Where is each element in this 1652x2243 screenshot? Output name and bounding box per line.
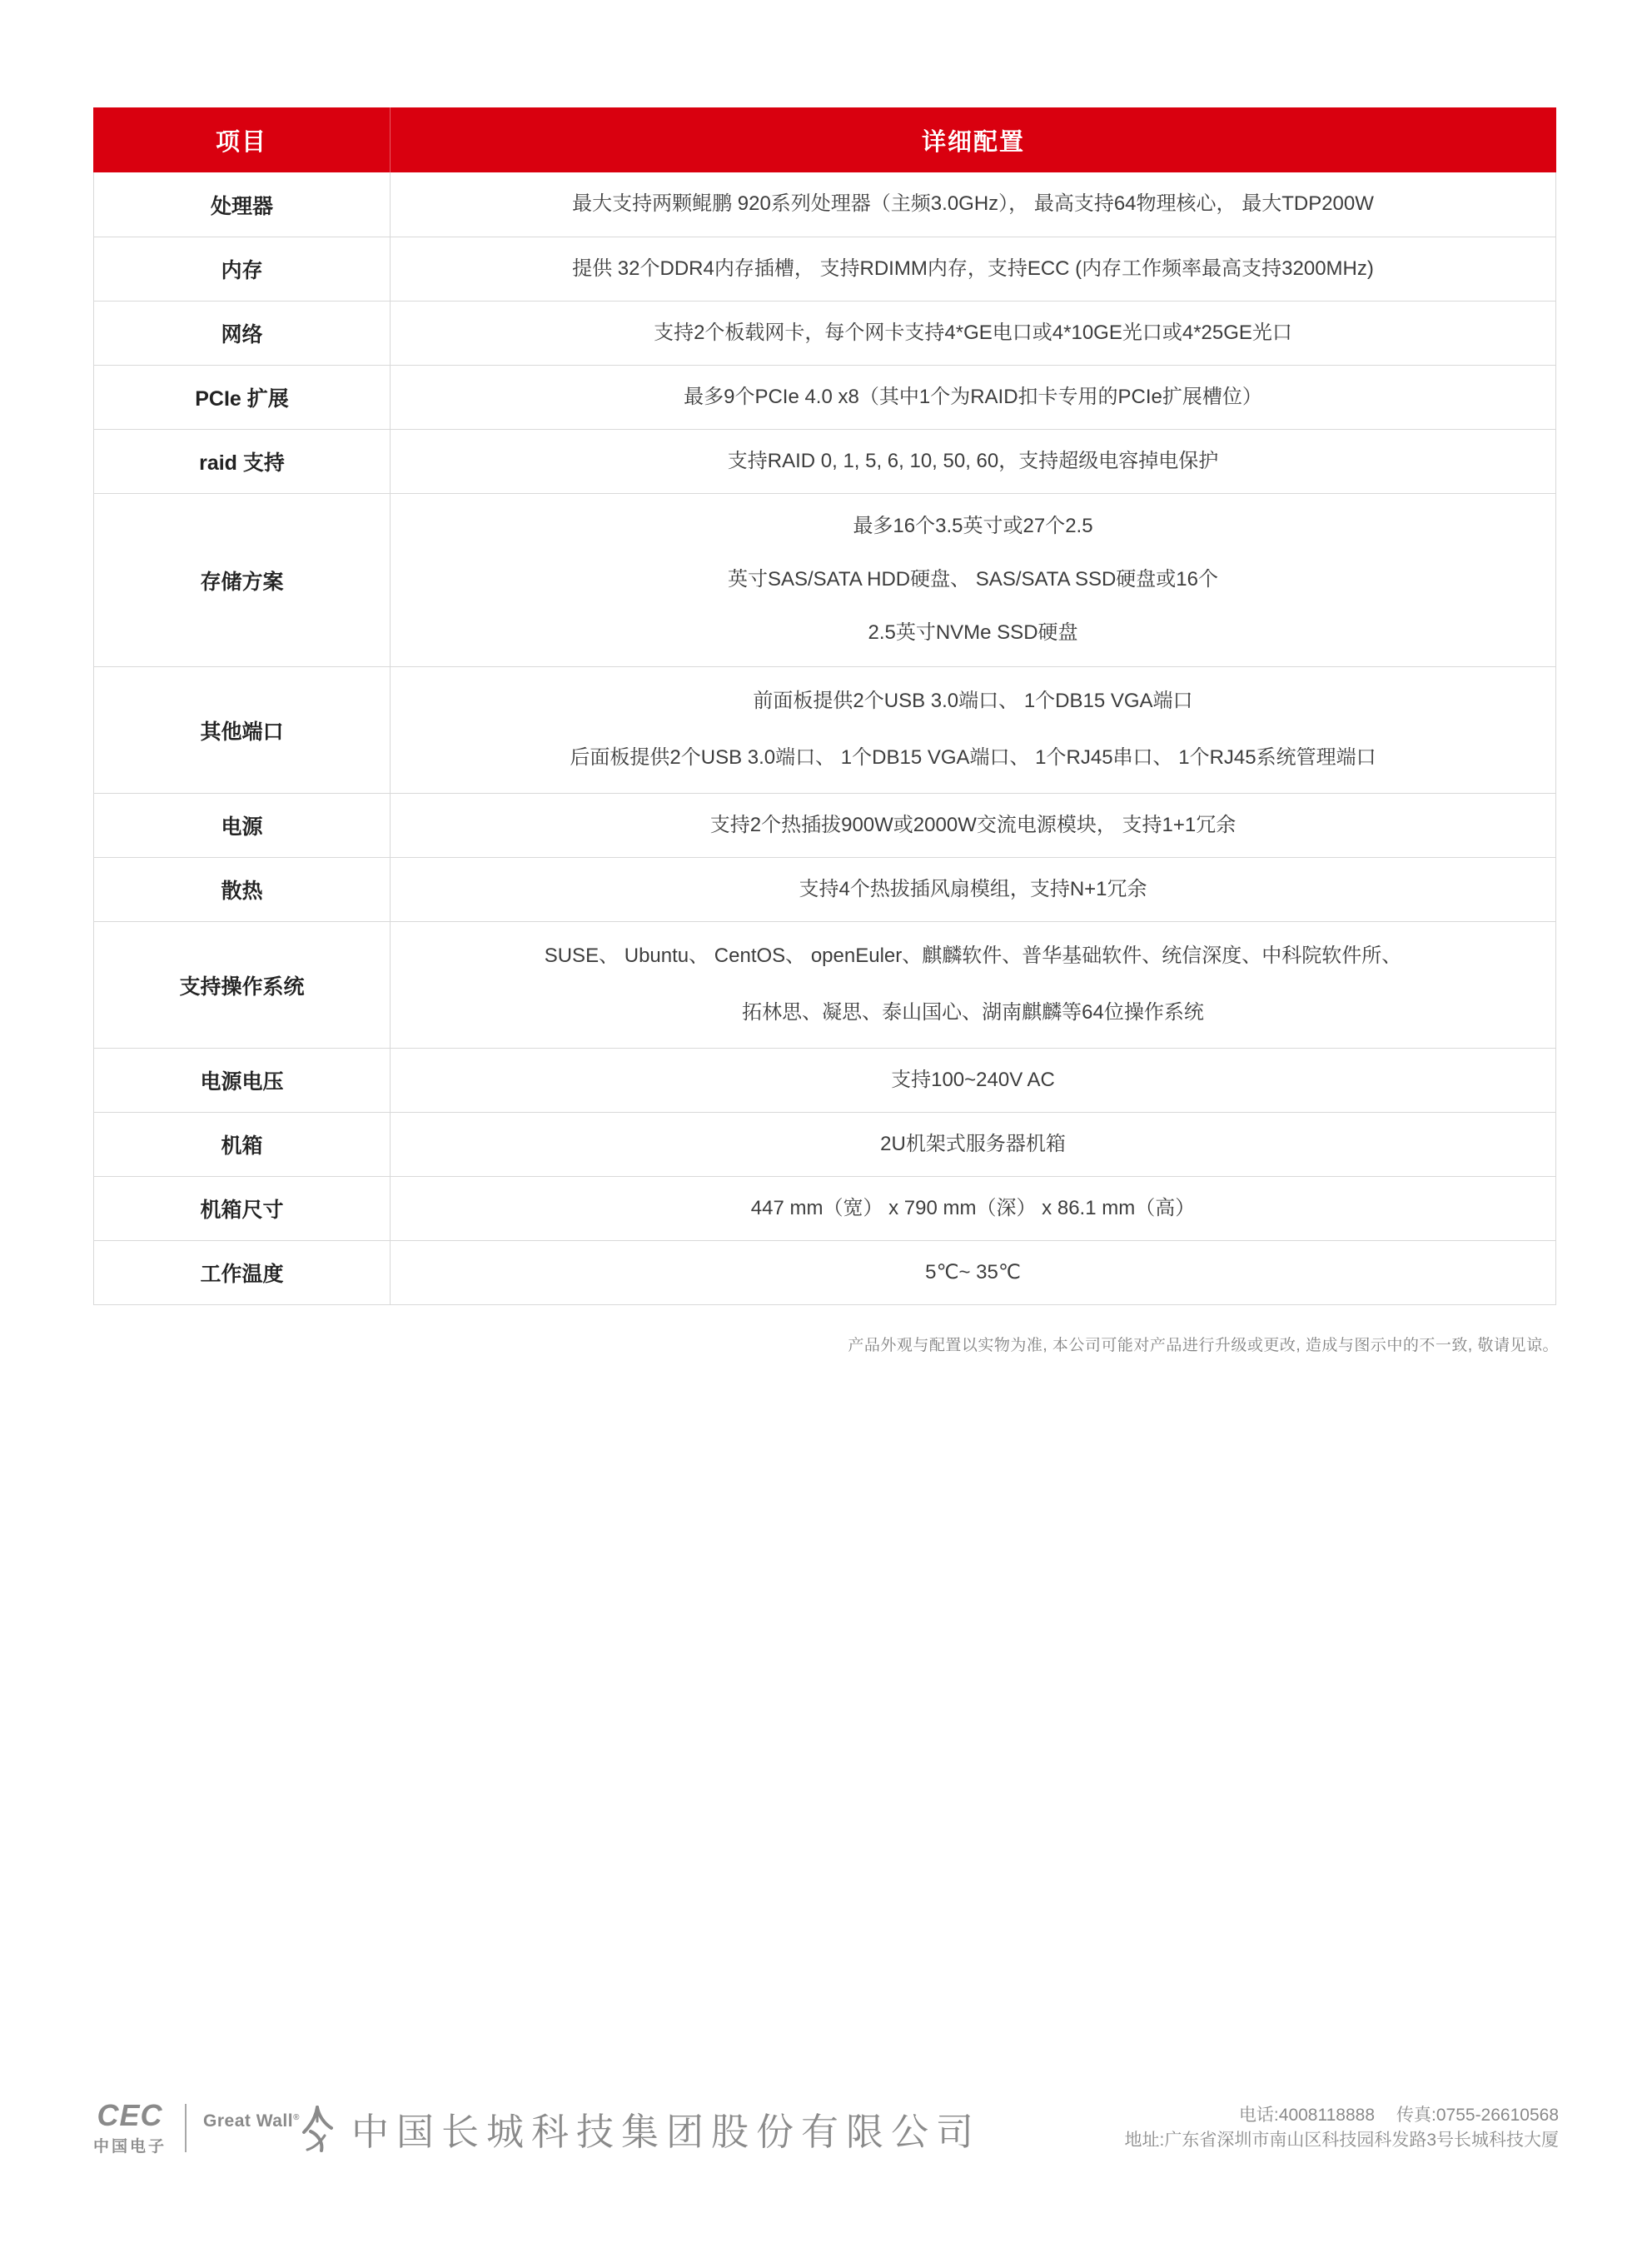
spec-value: 前面板提供2个USB 3.0端口、 1个DB15 VGA端口后面板提供2个USB… <box>391 667 1555 793</box>
spec-table-body: 处理器最大支持两颗鲲鹏 920系列处理器（主频3.0GHz）， 最高支持64物理… <box>94 172 1555 1304</box>
spec-value-line: 2U机架式服务器机箱 <box>880 1130 1066 1159</box>
spec-value-line: 支持2个热插拔900W或2000W交流电源模块， 支持1+1冗余 <box>710 811 1236 840</box>
table-row: 电源支持2个热插拔900W或2000W交流电源模块， 支持1+1冗余 <box>94 793 1555 857</box>
table-row: 内存提供 32个DDR4内存插槽， 支持RDIMM内存，支持ECC (内存工作频… <box>94 237 1555 301</box>
table-row: 散热支持4个热拔插风扇模组，支持N+1冗余 <box>94 857 1555 921</box>
spec-value: 最多16个3.5英寸或27个2.5英寸SAS/SATA HDD硬盘、 SAS/S… <box>391 494 1555 666</box>
table-header-item: 项目 <box>93 107 391 172</box>
table-row: 处理器最大支持两颗鲲鹏 920系列处理器（主频3.0GHz）， 最高支持64物理… <box>94 172 1555 237</box>
spec-label: 电源 <box>94 794 391 857</box>
spec-value-line: 后面板提供2个USB 3.0端口、 1个DB15 VGA端口、 1个RJ45串口… <box>570 744 1376 773</box>
cec-logo-subtext: 中国电子 <box>93 2134 167 2156</box>
table-row: 机箱2U机架式服务器机箱 <box>94 1112 1555 1176</box>
spec-label: 网络 <box>94 302 391 365</box>
table-row: 工作温度5℃~ 35℃ <box>94 1240 1555 1304</box>
spec-label: 其他端口 <box>94 667 391 793</box>
table-row: 机箱尺寸447 mm（宽） x 790 mm（深） x 86.1 mm（高） <box>94 1176 1555 1240</box>
table-row: 存储方案最多16个3.5英寸或27个2.5英寸SAS/SATA HDD硬盘、 S… <box>94 493 1555 666</box>
spec-label: PCIe 扩展 <box>94 366 391 429</box>
table-row: 其他端口前面板提供2个USB 3.0端口、 1个DB15 VGA端口后面板提供2… <box>94 666 1555 793</box>
spec-label: 内存 <box>94 237 391 301</box>
spec-value-line: 支持100~240V AC <box>891 1066 1055 1095</box>
spec-value-line: 前面板提供2个USB 3.0端口、 1个DB15 VGA端口 <box>753 687 1192 716</box>
greatwall-logo: Great Wall® <box>203 2103 333 2153</box>
spec-value: 支持100~240V AC <box>391 1049 1555 1112</box>
table-header-row: 项目 详细配置 <box>93 107 1556 172</box>
spec-value-line: 最多9个PCIe 4.0 x8（其中1个为RAID扣卡专用的PCIe扩展槽位） <box>684 383 1262 412</box>
spec-table: 项目 详细配置 处理器最大支持两颗鲲鹏 920系列处理器（主频3.0GHz）， … <box>93 107 1556 1305</box>
spec-value: 447 mm（宽） x 790 mm（深） x 86.1 mm（高） <box>391 1177 1555 1240</box>
spec-value-line: 最大支持两颗鲲鹏 920系列处理器（主频3.0GHz）， 最高支持64物理核心，… <box>572 190 1374 219</box>
logo-divider <box>185 2104 187 2152</box>
greatwall-emblem-icon <box>301 2105 333 2153</box>
spec-value: 支持4个热拔插风扇模组，支持N+1冗余 <box>391 858 1555 921</box>
spec-value-line: 英寸SAS/SATA HDD硬盘、 SAS/SATA SSD硬盘或16个 <box>728 566 1218 595</box>
spec-label: 电源电压 <box>94 1049 391 1112</box>
spec-value: 5℃~ 35℃ <box>391 1241 1555 1304</box>
table-row: 支持操作系统SUSE、 Ubuntu、 CentOS、 openEuler、麒麟… <box>94 921 1555 1048</box>
spec-value-line: 支持RAID 0, 1, 5, 6, 10, 50, 60，支持超级电容掉电保护 <box>728 447 1219 476</box>
spec-value: 支持2个板载网卡，每个网卡支持4*GE电口或4*10GE光口或4*25GE光口 <box>391 302 1555 365</box>
spec-value-line: 2.5英寸NVMe SSD硬盘 <box>868 619 1077 648</box>
spec-label: 处理器 <box>94 172 391 237</box>
spec-label: 支持操作系统 <box>94 922 391 1048</box>
spec-label: 散热 <box>94 858 391 921</box>
table-row: raid 支持支持RAID 0, 1, 5, 6, 10, 50, 60，支持超… <box>94 429 1555 493</box>
spec-value: 提供 32个DDR4内存插槽， 支持RDIMM内存，支持ECC (内存工作频率最… <box>391 237 1555 301</box>
cec-logo-text: CEC <box>93 2101 167 2131</box>
spec-value-line: 支持2个板载网卡，每个网卡支持4*GE电口或4*10GE光口或4*25GE光口 <box>654 319 1292 348</box>
contact-address: 地址:广东省深圳市南山区科技园科发路3号长城科技大厦 <box>1124 2128 1559 2153</box>
spec-value: 支持2个热插拔900W或2000W交流电源模块， 支持1+1冗余 <box>391 794 1555 857</box>
table-row: PCIe 扩展最多9个PCIe 4.0 x8（其中1个为RAID扣卡专用的PCI… <box>94 365 1555 429</box>
footer-logo-group: CEC 中国电子 Great Wall® 中国长城科技集团股份有限公司 <box>93 2101 981 2156</box>
table-header-config: 详细配置 <box>391 107 1556 172</box>
spec-label: raid 支持 <box>94 430 391 493</box>
company-name: 中国长城科技集团股份有限公司 <box>351 2101 981 2156</box>
spec-value-line: SUSE、 Ubuntu、 CentOS、 openEuler、麒麟软件、普华基… <box>545 942 1402 971</box>
spec-value-line: 提供 32个DDR4内存插槽， 支持RDIMM内存，支持ECC (内存工作频率最… <box>572 255 1374 284</box>
registered-mark: ® <box>293 2113 300 2122</box>
spec-label: 存储方案 <box>94 494 391 666</box>
spec-value: 支持RAID 0, 1, 5, 6, 10, 50, 60，支持超级电容掉电保护 <box>391 430 1555 493</box>
spec-label: 机箱 <box>94 1113 391 1176</box>
disclaimer-note: 产品外观与配置以实物为准, 本公司可能对产品进行升级或更改, 造成与图示中的不一… <box>848 1333 1559 1355</box>
spec-value-line: 447 mm（宽） x 790 mm（深） x 86.1 mm（高） <box>751 1194 1195 1224</box>
spec-value-line: 拓林思、凝思、泰山国心、湖南麒麟等64位操作系统 <box>742 999 1204 1028</box>
footer-contact: 电话:4008118888传真:0755-26610568 地址:广东省深圳市南… <box>1124 2103 1559 2153</box>
spec-value: SUSE、 Ubuntu、 CentOS、 openEuler、麒麟软件、普华基… <box>391 922 1555 1048</box>
contact-phone-fax: 电话:4008118888传真:0755-26610568 <box>1124 2103 1559 2128</box>
cec-logo: CEC 中国电子 <box>93 2101 167 2156</box>
page-footer: CEC 中国电子 Great Wall® 中国长城科技集团股份有限公司 电话:4… <box>93 2095 1559 2161</box>
spec-value-line: 最多16个3.5英寸或27个2.5 <box>853 512 1092 541</box>
spec-value: 最多9个PCIe 4.0 x8（其中1个为RAID扣卡专用的PCIe扩展槽位） <box>391 366 1555 429</box>
greatwall-logo-text: Great Wall® <box>203 2111 300 2131</box>
spec-value: 最大支持两颗鲲鹏 920系列处理器（主频3.0GHz）， 最高支持64物理核心，… <box>391 172 1555 237</box>
spec-label: 工作温度 <box>94 1241 391 1304</box>
spec-label: 机箱尺寸 <box>94 1177 391 1240</box>
fax-number: 传真:0755-26610568 <box>1396 2106 1559 2125</box>
table-row: 电源电压支持100~240V AC <box>94 1048 1555 1112</box>
spec-value-line: 支持4个热拔插风扇模组，支持N+1冗余 <box>799 875 1147 905</box>
table-row: 网络支持2个板载网卡，每个网卡支持4*GE电口或4*10GE光口或4*25GE光… <box>94 301 1555 365</box>
spec-value: 2U机架式服务器机箱 <box>391 1113 1555 1176</box>
spec-value-line: 5℃~ 35℃ <box>925 1259 1021 1288</box>
phone-number: 电话:4008118888 <box>1239 2106 1375 2125</box>
